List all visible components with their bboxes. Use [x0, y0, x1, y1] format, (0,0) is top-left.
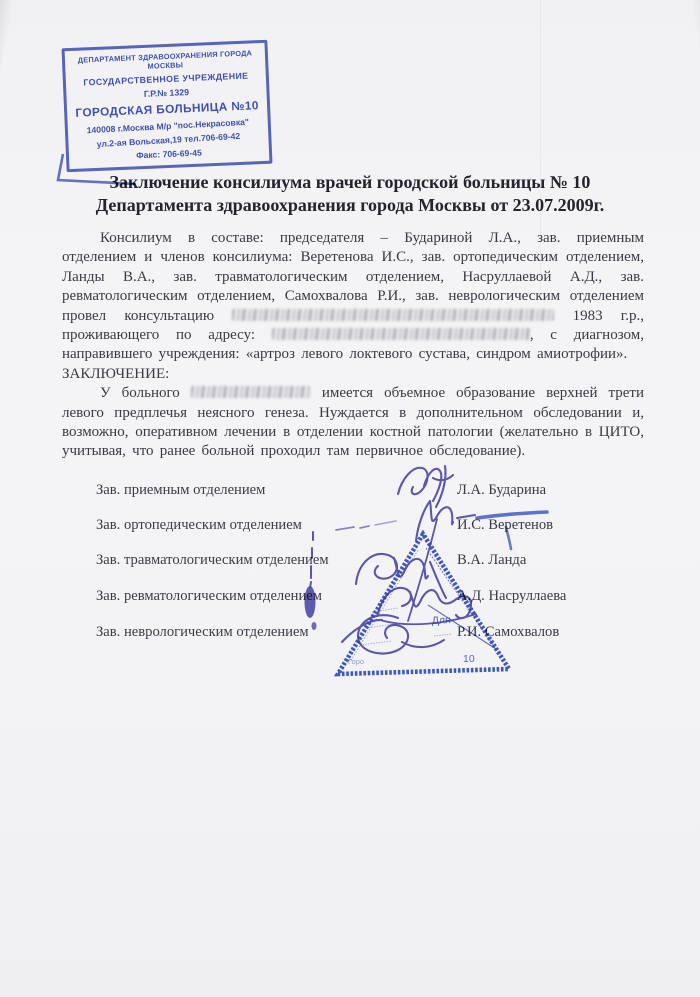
scanned-document-page: ДЕПАРТАМЕНТ ЗДРАВООХРАНЕНИЯ ГОРОДА МОСКВ…: [0, 0, 700, 997]
conclusion-text-1: У больного: [100, 385, 180, 401]
triangle-stamp-bottom-fragment: Горо: [348, 657, 364, 666]
title-line-2: Департамента здравоохранения города Моск…: [40, 194, 660, 217]
signature-row: Зав. неврологическим отделением Р.И. Сам…: [0, 624, 700, 646]
redacted-patient-name-2: [191, 386, 311, 398]
signature-name: А.Д. Насруллаева: [457, 588, 566, 605]
paragraph-conclusion: У больного имеется объемное образование …: [62, 384, 644, 462]
signature-name: В.А. Ланда: [457, 552, 526, 569]
hospital-rect-stamp: ДЕПАРТАМЕНТ ЗДРАВООХРАНЕНИЯ ГОРОДА МОСКВ…: [61, 40, 272, 173]
signature-name: И.С. Веретенов: [457, 517, 553, 534]
conclusion-heading: ЗАКЛЮЧЕНИЕ:: [62, 365, 644, 384]
signature-label: Зав. неврологическим отделением: [96, 624, 309, 641]
paragraph-consilium: Консилиум в составе: председателя – Буда…: [62, 229, 644, 365]
signature-row: Зав. травматологическим отделением В.А. …: [0, 552, 700, 574]
signature-name: Р.И. Самохвалов: [457, 624, 559, 641]
signature-label: Зав. ревматологическим отделением: [96, 588, 322, 605]
signature-row: Зав. ортопедическим отделением И.С. Вере…: [0, 517, 700, 539]
signature-name: Л.А. Бударина: [457, 482, 546, 499]
triangle-stamp-number: 10: [463, 653, 475, 665]
signature-label: Зав. приемным отделением: [96, 482, 265, 499]
redacted-address: [272, 328, 530, 340]
stamp-line-department: ДЕПАРТАМЕНТ ЗДРАВООХРАНЕНИЯ ГОРОДА МОСКВ…: [68, 48, 263, 74]
ink-blot: [305, 532, 317, 630]
title-line-1: Заключение консилиума врачей городской б…: [40, 171, 660, 194]
document-title: Заключение консилиума врачей городской б…: [40, 171, 660, 216]
signature-row: Зав. ревматологическим отделением А.Д. Н…: [0, 588, 700, 610]
signature-row: Зав. приемным отделением Л.А. Бударина: [0, 482, 700, 504]
document-body: Консилиум в составе: председателя – Буда…: [62, 229, 644, 462]
redacted-patient-name: [232, 309, 554, 321]
signature-label: Зав. травматологическим отделением: [96, 552, 329, 569]
signature-label: Зав. ортопедическим отделением: [96, 517, 302, 534]
